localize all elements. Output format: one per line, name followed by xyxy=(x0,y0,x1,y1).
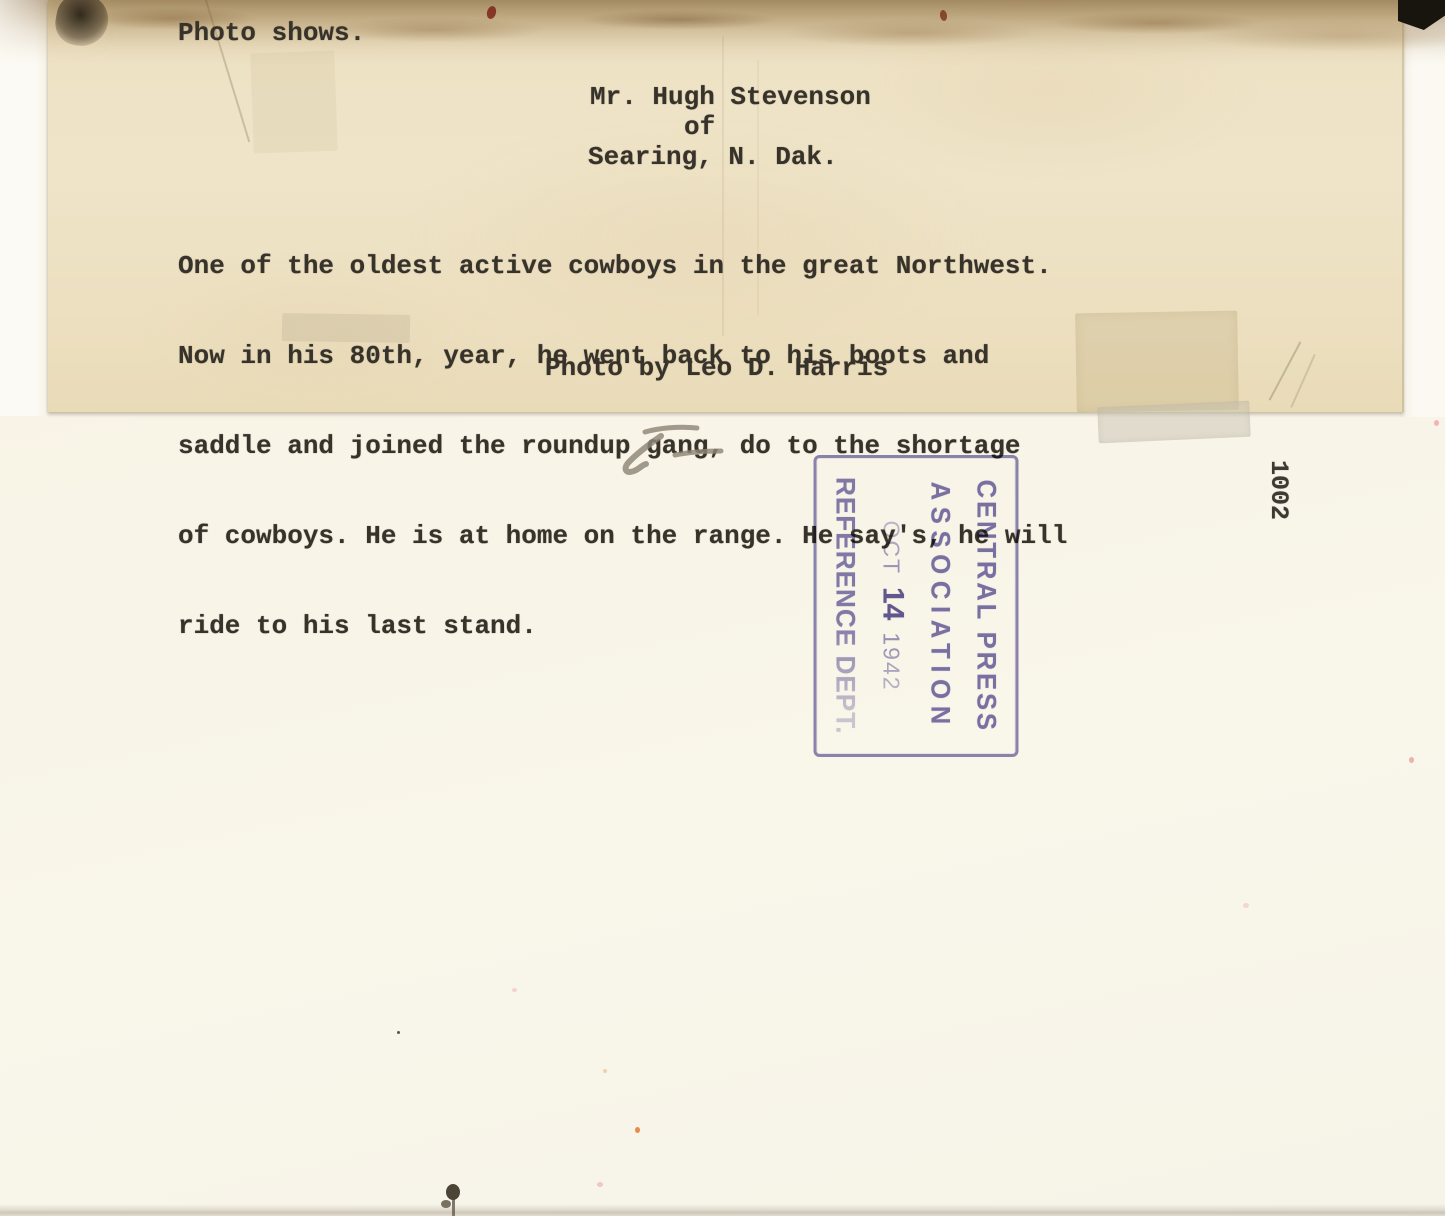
bottom-edge-shadow xyxy=(0,1204,1445,1216)
reference-stamp: CENTRAL PRESS ASSOCIATION OCT 14 1942 RE… xyxy=(811,453,1020,759)
caption-intro: Photo shows. xyxy=(178,18,365,48)
stamp-date-year: 1942 xyxy=(878,632,905,691)
caption-body-line: One of the oldest active cowboys in the … xyxy=(178,251,1067,281)
reference-number: 1002 xyxy=(1260,458,1296,522)
right-paper-margin xyxy=(1400,0,1445,417)
subject-location: Searing, N. Dak. xyxy=(588,142,838,172)
photo-credit: Photo by Leo D. Harris xyxy=(545,353,888,383)
pencil-price-note: 5 — xyxy=(595,415,745,480)
photo-verso: Photo shows. Mr. Hugh Stevenson of Seari… xyxy=(0,0,1445,1216)
stamp-org-line2: ASSOCIATION xyxy=(925,481,956,730)
left-paper-margin xyxy=(0,0,50,416)
stamp-border-box: CENTRAL PRESS ASSOCIATION OCT 14 1942 RE… xyxy=(813,455,1018,757)
stamp-department: REFERENCE DEPT. xyxy=(830,477,861,735)
subject-of: of xyxy=(684,112,715,142)
stamp-date-month: OCT xyxy=(878,520,905,575)
stamp-date-day: 14 xyxy=(876,587,910,620)
pencil-stroke-graphic xyxy=(595,415,745,480)
subject-name: Mr. Hugh Stevenson xyxy=(590,82,871,112)
stamp-org-line1: CENTRAL PRESS xyxy=(971,479,1002,732)
stamp-date: OCT 14 1942 xyxy=(876,520,910,691)
